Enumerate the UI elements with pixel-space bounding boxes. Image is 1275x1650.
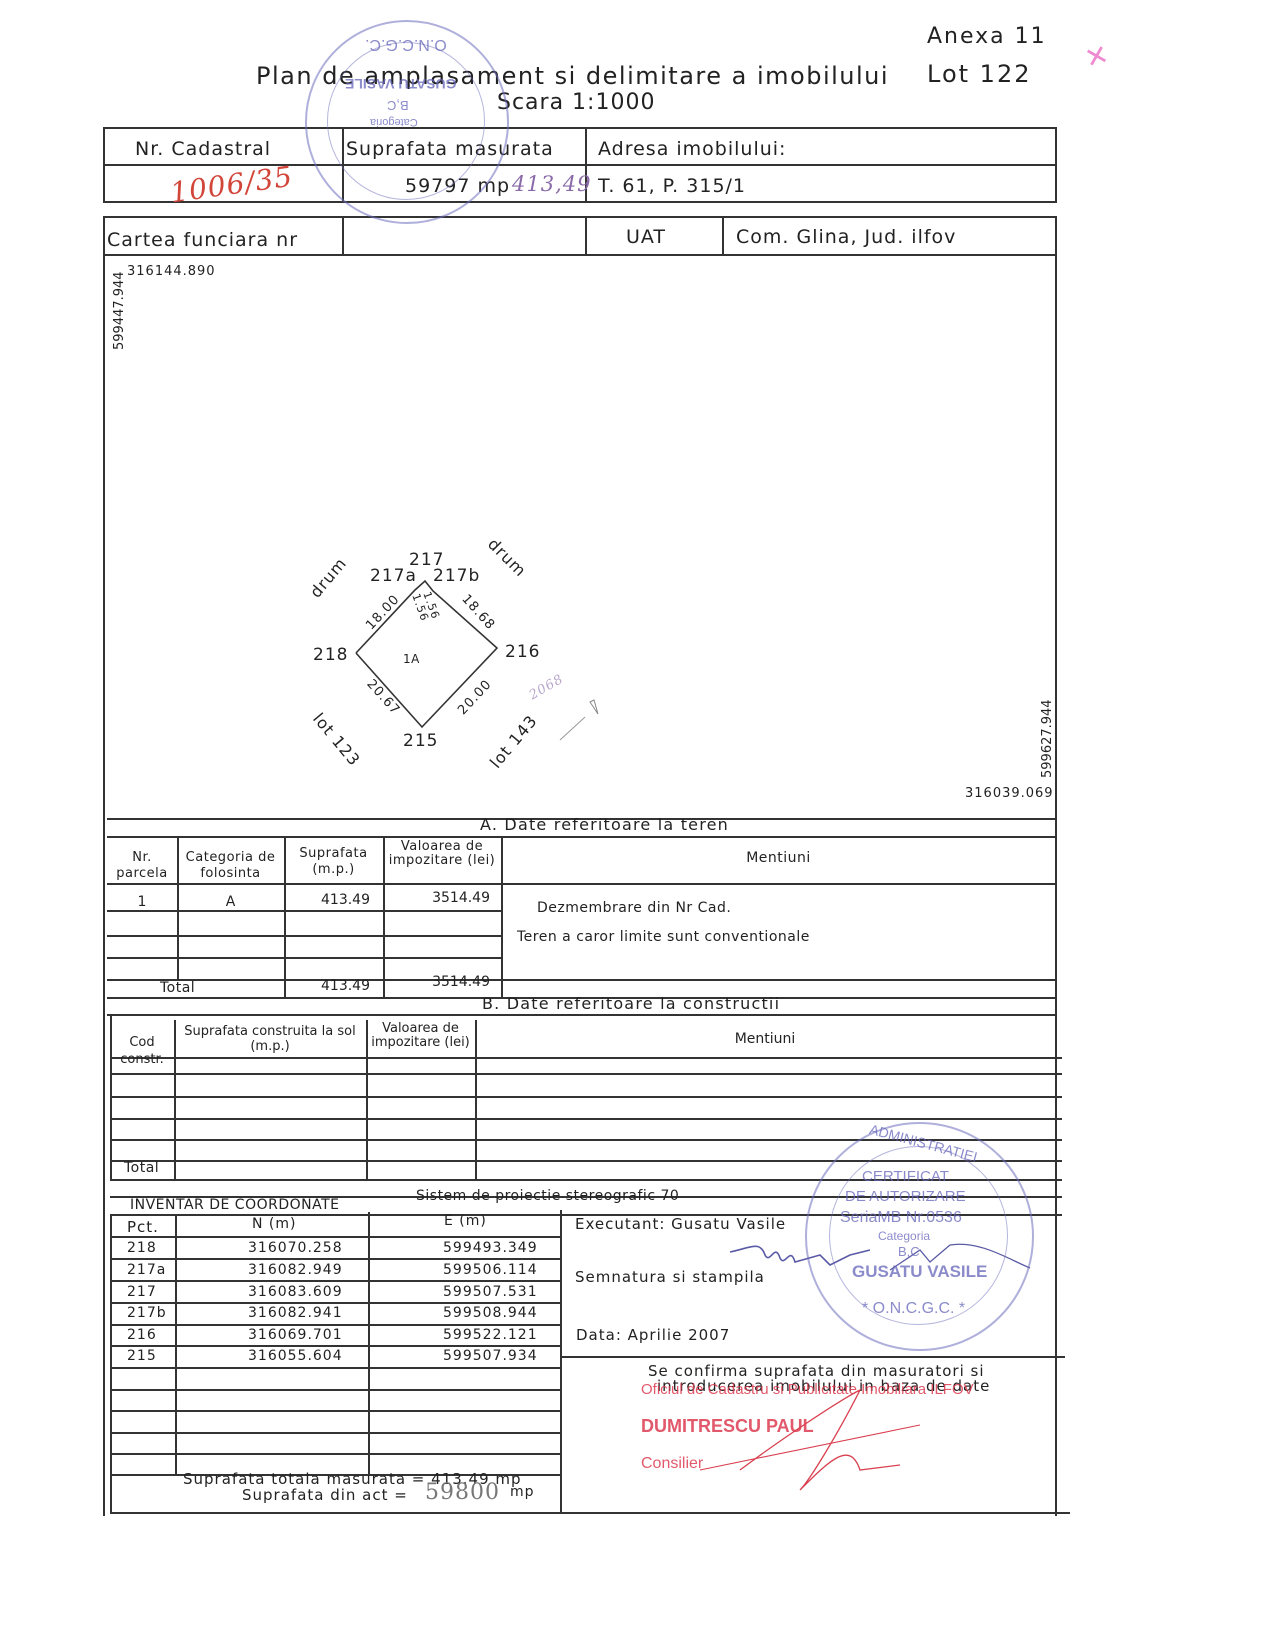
top-stamp-oncgc: O.N.C.G.C. [365, 35, 447, 53]
bottom-stamp-name: GUSATU VASILE [852, 1262, 987, 1282]
red-stamp-office: Oficiul de Cadastru si Publicitate Imobi… [641, 1381, 974, 1398]
bottom-stamp-categoria: Categoria [878, 1229, 930, 1243]
top-stamp-cat: B,C [387, 98, 409, 113]
bottom-stamp-oncgc: * O.N.C.G.C. * [862, 1300, 965, 1318]
bottom-stamp-cat: B,C [898, 1244, 920, 1259]
top-stamp-categoria: Categoria [370, 116, 418, 128]
red-stamp-role: Consilier [641, 1455, 703, 1473]
red-stamp-name: DUMITRESCU PAUL [641, 1416, 814, 1437]
top-stamp-name: GUSATU VASILE [345, 76, 457, 92]
signatures [0, 0, 1275, 1650]
bottom-stamp-autoriz: DE AUTORIZARE [845, 1188, 966, 1205]
bottom-stamp-cert: CERTIFICAT [862, 1168, 949, 1185]
bottom-stamp-serie: SeriaMB Nr.0536 [840, 1209, 962, 1227]
